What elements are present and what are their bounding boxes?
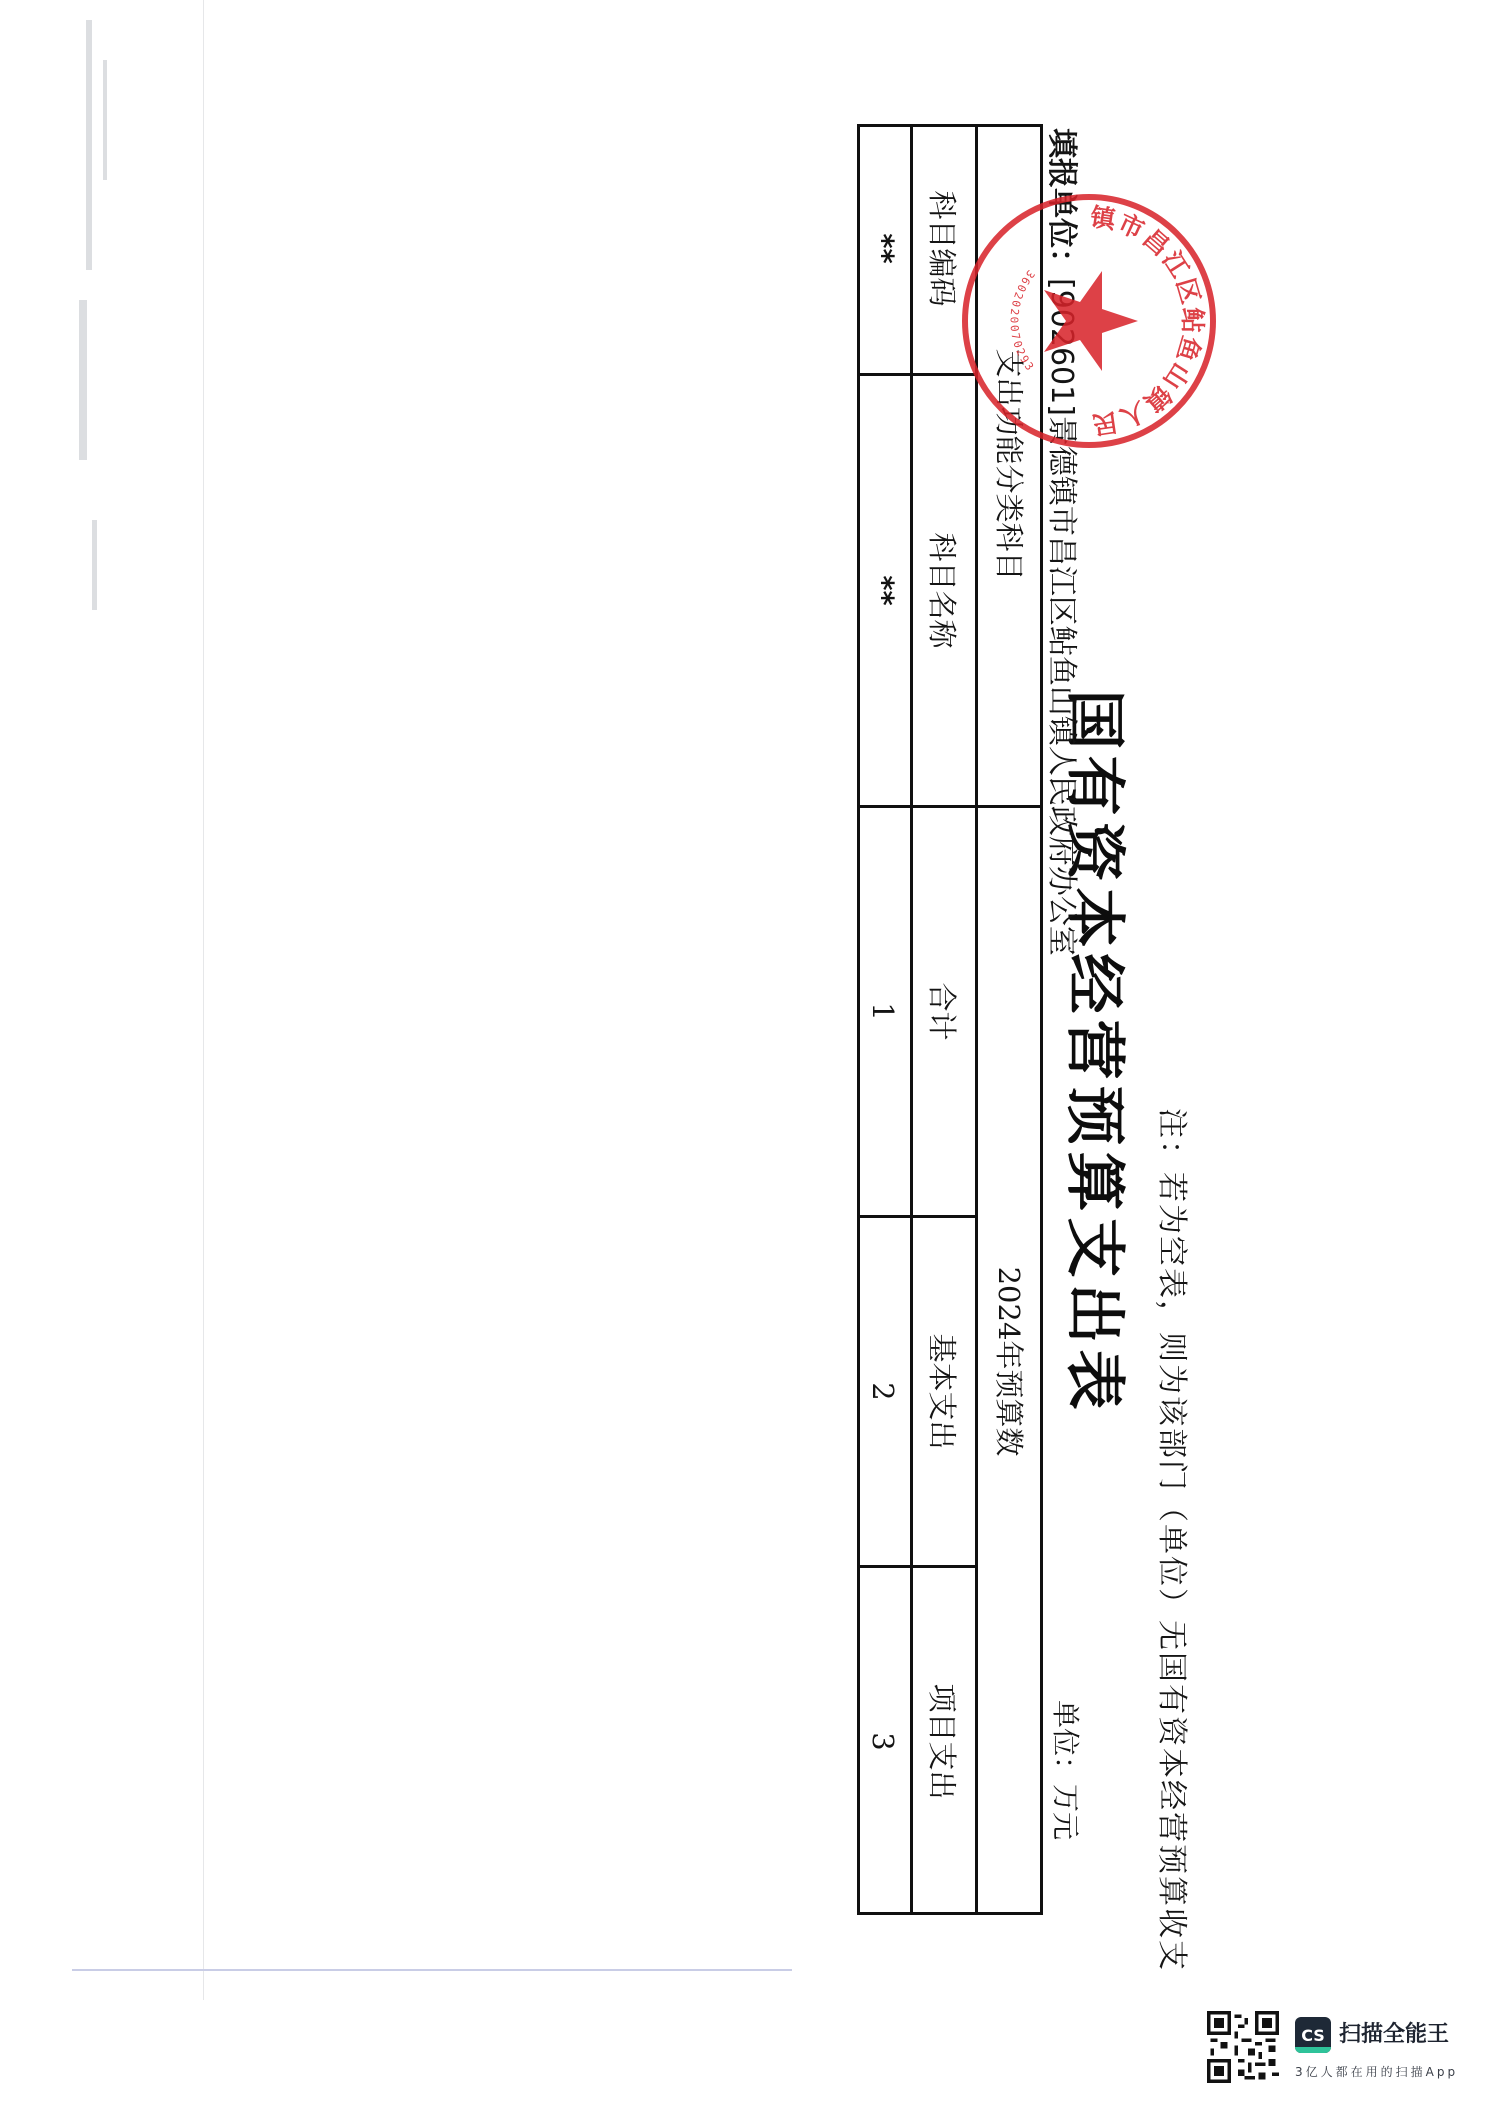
official-seal-stamp: 景德镇市昌江区鲇鱼山镇人民政府 3602020070293 [958, 190, 1220, 452]
scan-bottom-rule [72, 1969, 792, 1971]
camscanner-tagline: 3亿人都在用的扫描App [1295, 2063, 1458, 2080]
camscanner-app-name: 扫描全能王 [1339, 2017, 1449, 2048]
qr-code-icon [1207, 2011, 1279, 2083]
column-header-total: 合计 [913, 808, 975, 1215]
scan-noise [86, 20, 92, 270]
scan-noise [79, 300, 87, 460]
camscanner-watermark: CS 扫描全能王 3亿人都在用的扫描App [1187, 2003, 1487, 2105]
scan-noise [103, 60, 107, 180]
index-code: ** [857, 124, 910, 373]
camscanner-logo-icon: CS [1295, 2017, 1331, 2053]
currency-unit: 单位：万元 [1047, 1700, 1087, 1840]
scan-noise [92, 520, 97, 610]
index-basic: 2 [857, 1218, 910, 1565]
svg-text:3602020070293: 3602020070293 [1007, 267, 1037, 374]
column-header-basic: 基本支出 [913, 1218, 975, 1565]
scan-fold-line [203, 0, 204, 2000]
header-budget-year: 2024年预算数 [978, 808, 1043, 1915]
index-project: 3 [857, 1568, 910, 1915]
index-name: ** [857, 376, 910, 805]
index-total: 1 [857, 808, 910, 1215]
column-header-project: 项目支出 [913, 1568, 975, 1915]
scanned-page: 国有资本经营预算支出表 注：若为空表，则为该部门（单位）无国有资本经营预算收支 … [0, 0, 1487, 2105]
stamp-serial: 3602020070293 [1007, 267, 1037, 374]
empty-table-note: 注：若为空表，则为该部门（单位）无国有资本经营预算收支 [1153, 1108, 1197, 1972]
star-icon [1044, 271, 1138, 371]
